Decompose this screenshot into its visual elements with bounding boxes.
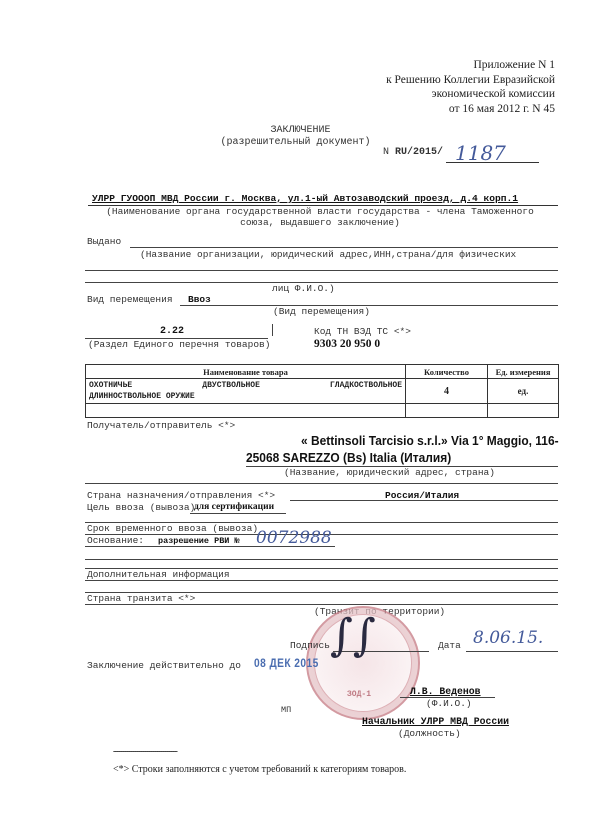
table-row <box>86 404 559 418</box>
appendix-header: Приложение N 1 к Решению Коллегии Еврази… <box>386 58 555 116</box>
issued-to-line <box>130 247 558 248</box>
header-quantity: Количество <box>406 365 488 379</box>
stamp-code: ЗОД-1 <box>347 690 371 699</box>
date-handwritten: 8.06.15. <box>473 628 543 648</box>
goods-name-word: ДВУСТВОЛЬНОЕ <box>202 380 260 391</box>
goods-name-line-2: ДЛИННОСТВОЛЬНОЕ ОРУЖИЕ <box>89 391 402 402</box>
recipient-value-2: 25068 SAREZZO (Bs) Italia (Италия) <box>246 450 451 465</box>
official-position-caption: (Должность) <box>398 728 461 739</box>
date-label: Дата <box>438 640 461 651</box>
goods-name-word: ГЛАДКОСТВОЛЬНОЕ <box>330 380 402 391</box>
basis-handwritten: 0072988 <box>256 528 332 548</box>
official-name-caption: (Ф.И.О.) <box>426 698 472 709</box>
additional-info-line <box>85 580 558 581</box>
tn-ved-label: Код ТН ВЭД ТС <*> <box>314 326 411 337</box>
footnote-text: <*> Строки заполняются с учетом требован… <box>113 764 406 775</box>
title-main: ЗАКЛЮЧЕНИЕ <box>0 125 591 137</box>
goods-name-cell <box>86 404 406 418</box>
purpose-line <box>190 513 286 514</box>
destination-line <box>290 500 558 501</box>
authority-caption-1: (Наименование органа государственной вла… <box>80 206 560 217</box>
table-row: ОХОТНИЧЬЕ ДВУСТВОЛЬНОЕ ГЛАДКОСТВОЛЬНОЕ Д… <box>86 379 559 404</box>
appendix-line-4: от 16 мая 2012 г. N 45 <box>386 102 555 117</box>
movement-value: Ввоз <box>188 294 211 305</box>
issued-to-caption-1: (Название организации, юридический адрес… <box>140 249 516 260</box>
goods-name-cell: ОХОТНИЧЬЕ ДВУСТВОЛЬНОЕ ГЛАДКОСТВОЛЬНОЕ Д… <box>86 379 406 404</box>
movement-caption: (Вид перемещения) <box>273 306 370 317</box>
issued-to-caption-2: лиц Ф.И.О.) <box>272 283 335 294</box>
transit-line <box>85 604 558 605</box>
issued-to-label: Выдано <box>87 236 121 247</box>
validity-stamp-date: 08 ДЕК 2015 <box>254 656 319 670</box>
official-position: Начальник УЛРР МВД России <box>362 716 509 727</box>
header-unit: Ед. измерения <box>488 365 559 379</box>
doc-number-line <box>446 162 539 163</box>
basis-value: разрешение РВИ № <box>158 536 240 546</box>
appendix-line-3: экономической комиссии <box>386 87 555 102</box>
tn-ved-value: 9303 20 950 0 <box>314 338 380 350</box>
quantity-cell: 4 <box>406 379 488 404</box>
basis-line-2 <box>85 559 558 560</box>
goods-table-header: Наименование товара Количество Ед. измер… <box>86 365 559 379</box>
document-number: N RU/2015/ <box>383 147 443 158</box>
quantity-cell <box>406 404 488 418</box>
appendix-line-1: Приложение N 1 <box>386 58 555 73</box>
temporary-term-label: Срок временного ввоза (вывоза) <box>87 523 258 534</box>
signature-mark: ∫∫ <box>330 610 376 661</box>
date-line <box>466 651 558 652</box>
header-goods-name: Наименование товара <box>86 365 406 379</box>
goods-table: Наименование товара Количество Ед. измер… <box>85 364 559 418</box>
destination-label: Страна назначения/отправления <*> <box>87 490 275 501</box>
validity-label: Заключение действительно до <box>87 660 241 671</box>
authority-caption: (Наименование органа государственной вла… <box>80 206 560 228</box>
footnote-separator: -------------------------------- <box>113 746 177 756</box>
appendix-line-2: к Решению Коллегии Евразийской <box>386 73 555 88</box>
issued-to-line-2 <box>85 270 558 271</box>
authority-caption-2: союза, выдавшего заключение) <box>80 217 560 228</box>
section-caption: (Раздел Единого перечня товаров) <box>88 339 270 350</box>
official-name: Л.В. Веденов <box>410 686 481 697</box>
transit-label: Страна транзита <*> <box>87 593 195 604</box>
signature-label: Подпись <box>290 640 330 651</box>
doc-number-prefix: N <box>383 147 389 158</box>
additional-info-label: Дополнительная информация <box>87 569 230 580</box>
recipient-caption: (Название, юридический адрес, страна) <box>284 467 495 478</box>
seal-label: МП <box>281 705 291 715</box>
movement-label: Вид перемещения <box>87 294 173 305</box>
recipient-label: Получатель/отправитель <*> <box>87 420 235 431</box>
basis-label: Основание: <box>87 535 144 546</box>
section-value: 2.22 <box>160 326 184 337</box>
unit-cell: ед. <box>488 379 559 404</box>
doc-number-series: RU/2015/ <box>395 147 443 158</box>
unit-cell <box>488 404 559 418</box>
authority-value: УЛРР ГУОООП МВД России г. Москва, ул.1-ы… <box>92 193 518 204</box>
recipient-value-1: « Bettinsoli Tarcisio s.r.l.» Via 1° Mag… <box>301 433 559 448</box>
goods-name-word: ОХОТНИЧЬЕ <box>89 380 132 391</box>
basis-line <box>85 546 335 547</box>
recipient-line-2 <box>85 483 558 484</box>
purpose-label: Цель ввоза (вывоза) <box>87 502 195 513</box>
purpose-value: для сертификации <box>194 502 274 512</box>
section-divider <box>272 324 273 336</box>
